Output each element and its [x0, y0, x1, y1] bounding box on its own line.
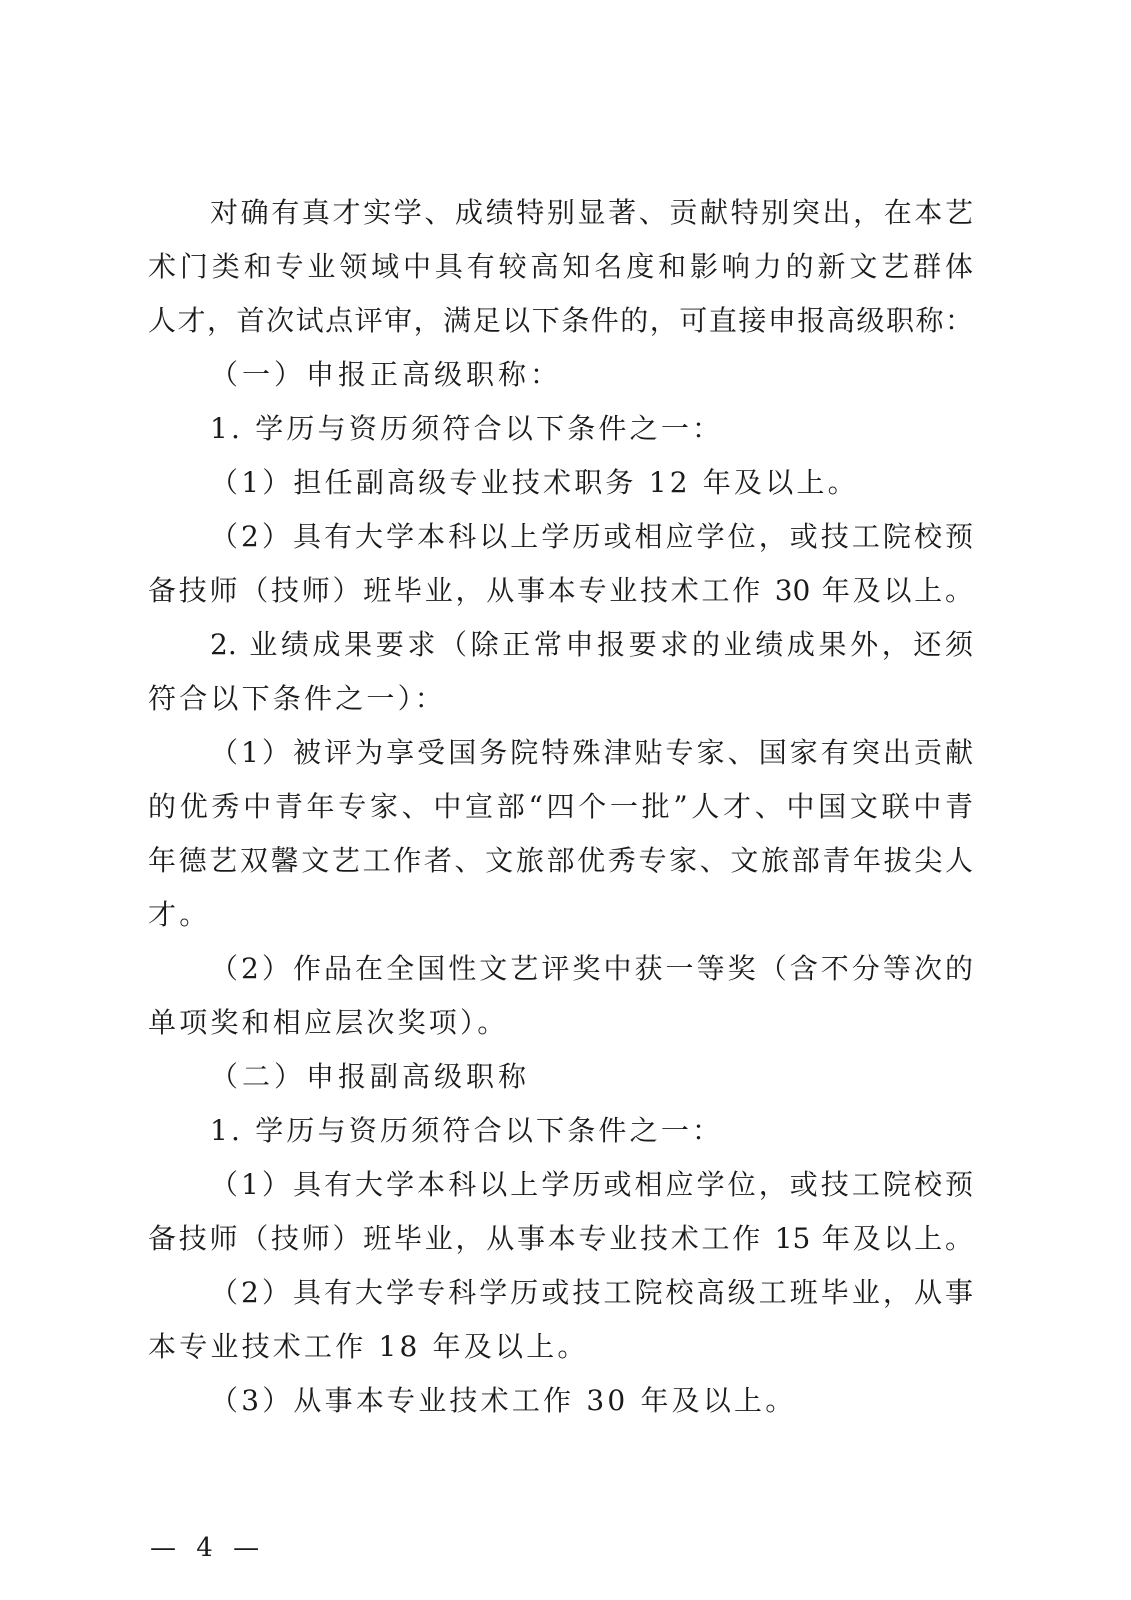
senior-item-1-title: 1. 学历与资历须符合以下条件之一：	[210, 402, 723, 456]
associate-item-1-sub-3: （3）从事本专业技术工作 30 年及以上。	[210, 1374, 796, 1428]
associate-item-1-sub-1-line-1: （1）具有大学本科以上学历或相应学位，或技工院校预	[210, 1158, 973, 1212]
senior-item-2-title-line-2: 符合以下条件之一）：	[148, 672, 446, 726]
intro-line-1: 对确有真才实学、成绩特别显著、贡献特别突出，在本艺	[210, 186, 973, 240]
senior-item-1-sub-2-line-1: （2）具有大学本科以上学历或相应学位，或技工院校预	[210, 510, 973, 564]
senior-item-1-sub-1: （1）担任副高级专业技术职务 12 年及以上。	[210, 456, 859, 510]
senior-item-2-sub-1-line-1: （1）被评为享受国务院特殊津贴专家、国家有突出贡献	[210, 726, 973, 780]
section-heading-associate: （二）申报副高级职称	[210, 1050, 530, 1104]
senior-item-2-sub-1-line-2: 的优秀中青年专家、中宣部“四个一批”人才、中国文联中青	[148, 780, 973, 834]
intro-line-3: 人才，首次试点评审，满足以下条件的，可直接申报高级职称：	[148, 294, 973, 348]
intro-line-2: 术门类和专业领域中具有较高知名度和影响力的新文艺群体	[148, 240, 973, 294]
section-heading-senior: （一）申报正高级职称：	[210, 348, 562, 402]
senior-item-2-sub-1-line-3: 年德艺双馨文艺工作者、文旅部优秀专家、文旅部青年拔尖人	[148, 834, 973, 888]
associate-item-1-sub-2-line-1: （2）具有大学专科学历或技工院校高级工班毕业，从事	[210, 1266, 973, 1320]
associate-item-1-title: 1. 学历与资历须符合以下条件之一：	[210, 1104, 723, 1158]
senior-item-2-title-line-1: 2. 业绩成果要求（除正常申报要求的业绩成果外，还须	[210, 618, 973, 672]
page-number: — 4 —	[150, 1533, 265, 1563]
senior-item-1-sub-2-line-2: 备技师（技师）班毕业，从事本专业技术工作 30 年及以上。	[148, 564, 973, 618]
senior-item-2-sub-1-line-4: 才。	[148, 888, 210, 942]
senior-item-2-sub-2-line-2: 单项奖和相应层次奖项）。	[148, 996, 508, 1050]
senior-item-2-sub-2-line-1: （2）作品在全国性文艺评奖中获一等奖（含不分等次的	[210, 942, 973, 996]
associate-item-1-sub-2-line-2: 本专业技术工作 18 年及以上。	[148, 1320, 589, 1374]
associate-item-1-sub-1-line-2: 备技师（技师）班毕业，从事本专业技术工作 15 年及以上。	[148, 1212, 973, 1266]
